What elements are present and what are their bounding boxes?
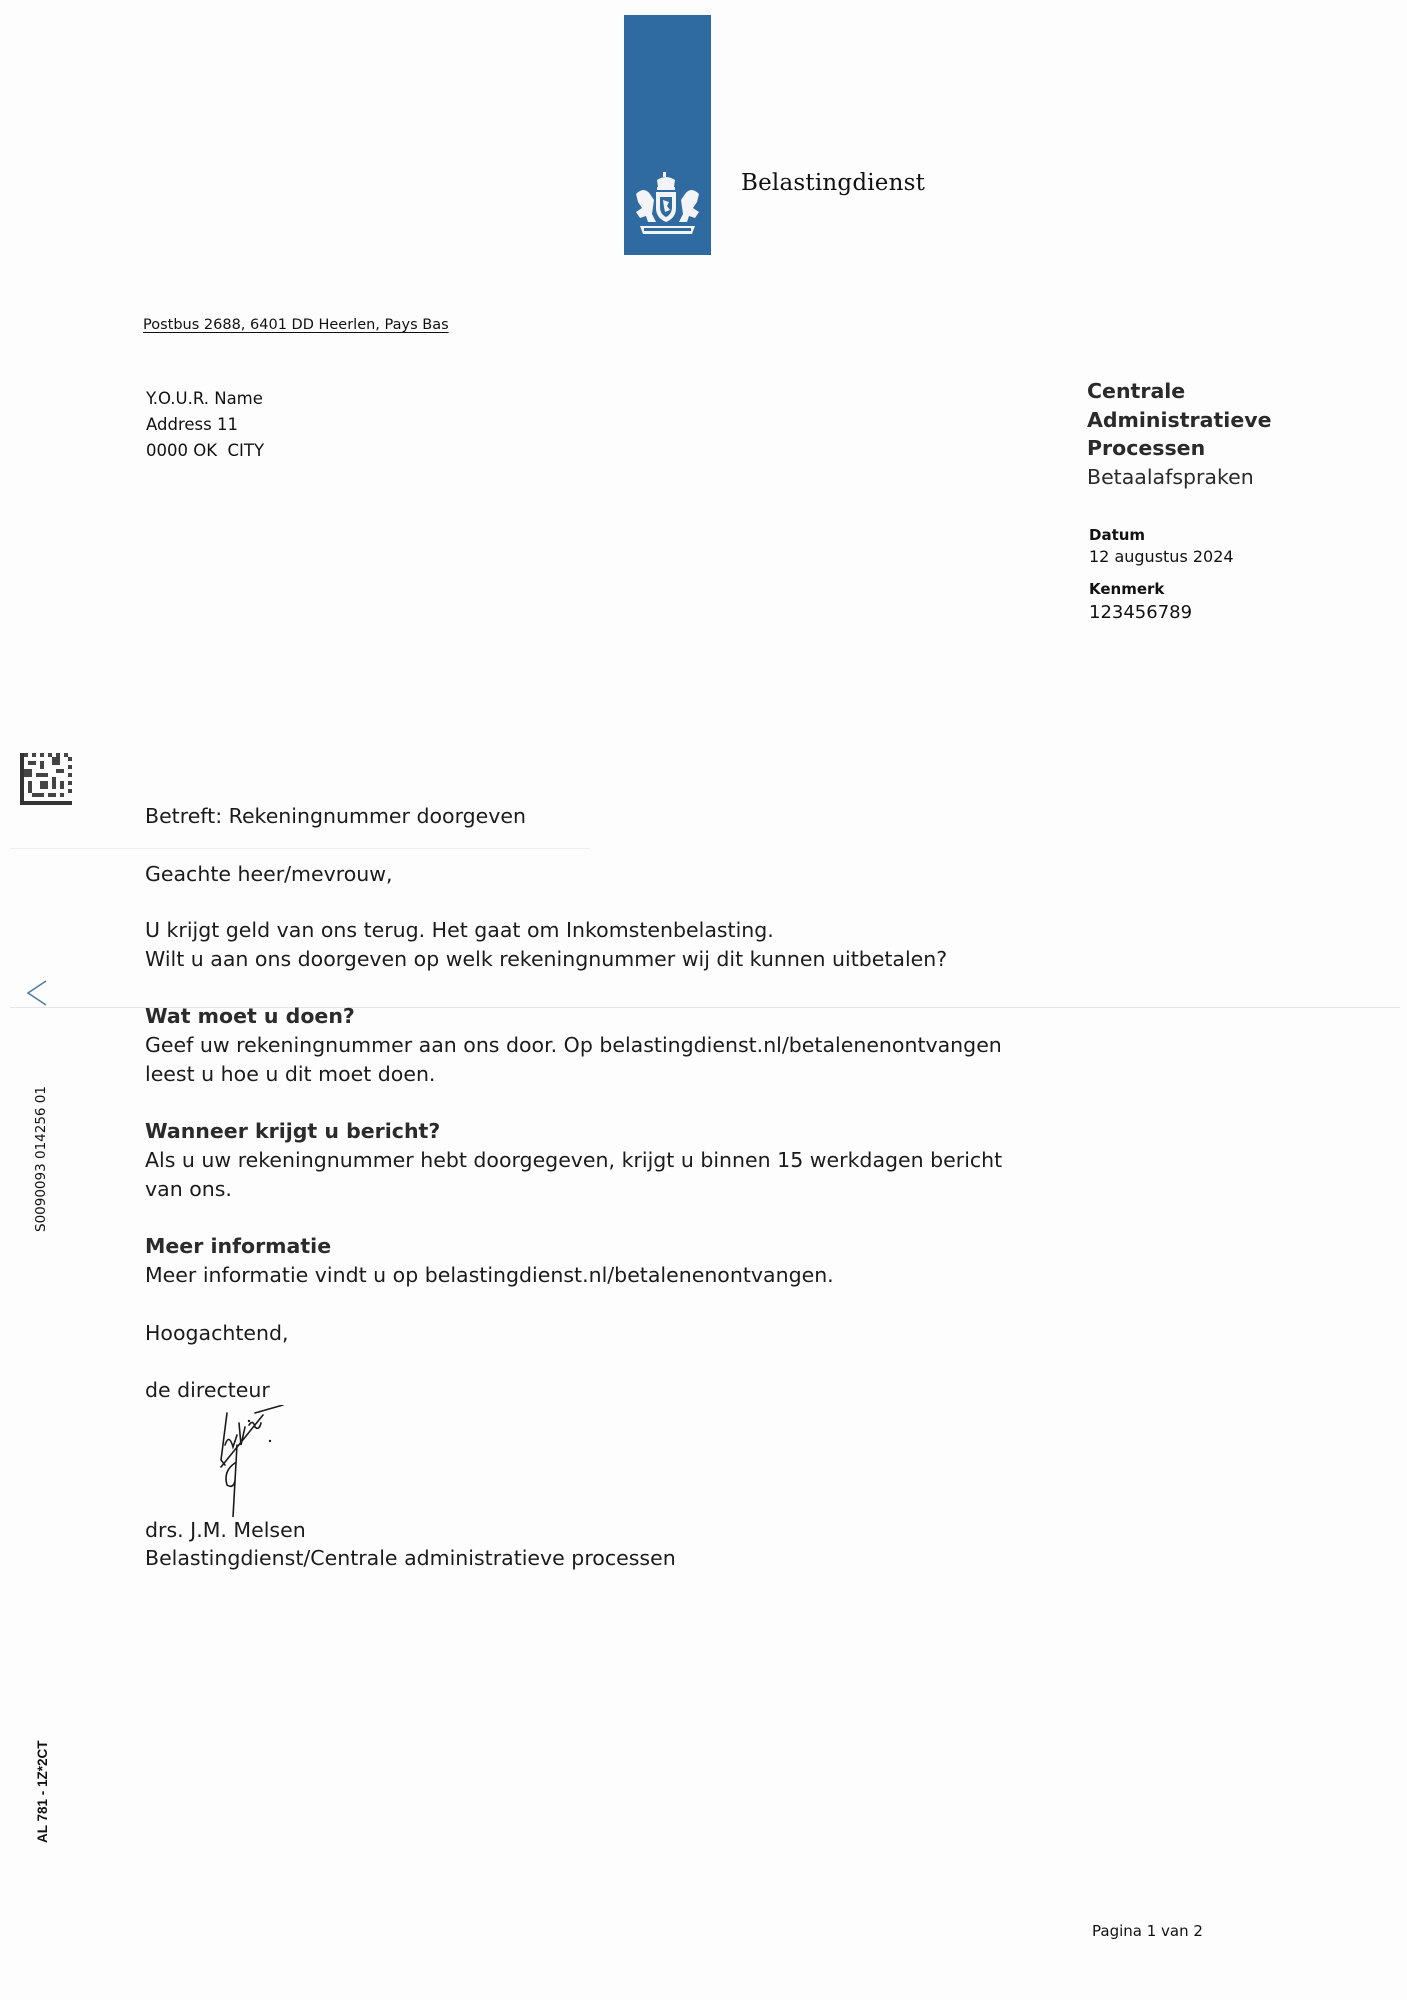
recipient-street: Address 11	[146, 412, 264, 438]
sender-department: Centrale Administratieve Processen Betaa…	[1087, 377, 1272, 491]
royal-coat-of-arms-icon	[630, 170, 705, 245]
recipient-address: Y.O.U.R. Name Address 11 0000 OK CITY	[146, 386, 264, 464]
reference-block: Kenmerk 123456789	[1089, 579, 1192, 625]
section-line: Meer informatie vindt u op belastingdien…	[145, 1263, 834, 1287]
document-code: S0090093 014256 01	[33, 1086, 49, 1232]
section-line: Geef uw rekeningnummer aan ons door. Op …	[145, 1033, 1002, 1057]
fold-mark-chevron-icon	[24, 978, 50, 1008]
subject-line: Betreft: Rekeningnummer doorgeven	[145, 804, 526, 828]
dept-line: Processen	[1087, 434, 1272, 463]
date-label: Datum	[1089, 525, 1234, 546]
salutation: Geachte heer/mevrouw,	[145, 862, 393, 886]
dept-line: Administratieve	[1087, 406, 1272, 435]
recipient-city: 0000 OK CITY	[146, 438, 264, 464]
org-name: Belastingdienst	[741, 170, 925, 196]
date-value: 12 augustus 2024	[1089, 546, 1234, 567]
section-line: van ons.	[145, 1177, 232, 1201]
intro-line: Wilt u aan ons doorgeven op welk rekenin…	[145, 947, 947, 971]
signatory-name: drs. J.M. Melsen	[145, 1518, 306, 1542]
sub-department: Betaalafspraken	[1087, 463, 1272, 492]
intro-line: U krijgt geld van ons terug. Het gaat om…	[145, 918, 774, 942]
section-line: Als u uw rekeningnummer hebt doorgegeven…	[145, 1148, 1002, 1172]
datamatrix-barcode-icon	[20, 753, 72, 805]
signatory-title: de directeur	[145, 1378, 270, 1402]
reference-value: 123456789	[1089, 600, 1192, 625]
section-line: leest u hoe u dit moet doen.	[145, 1062, 435, 1086]
section-heading: Wat moet u doen?	[145, 1004, 355, 1028]
section-heading: Wanneer krijgt u bericht?	[145, 1119, 440, 1143]
signature	[215, 1405, 295, 1517]
closing: Hoogachtend,	[145, 1321, 289, 1345]
fold-line	[10, 848, 590, 849]
signatory-org: Belastingdienst/Centrale administratieve…	[145, 1546, 676, 1570]
form-code: AL 781 - 1Z*2CT	[35, 1740, 50, 1843]
return-address: Postbus 2688, 6401 DD Heerlen, Pays Bas	[143, 317, 449, 333]
reference-label: Kenmerk	[1089, 579, 1192, 600]
dept-line: Centrale	[1087, 377, 1272, 406]
page-number: Pagina 1 van 2	[1092, 1922, 1203, 1940]
section-heading: Meer informatie	[145, 1234, 331, 1258]
recipient-name: Y.O.U.R. Name	[146, 386, 264, 412]
date-block: Datum 12 augustus 2024	[1089, 525, 1234, 567]
logo	[624, 15, 711, 255]
